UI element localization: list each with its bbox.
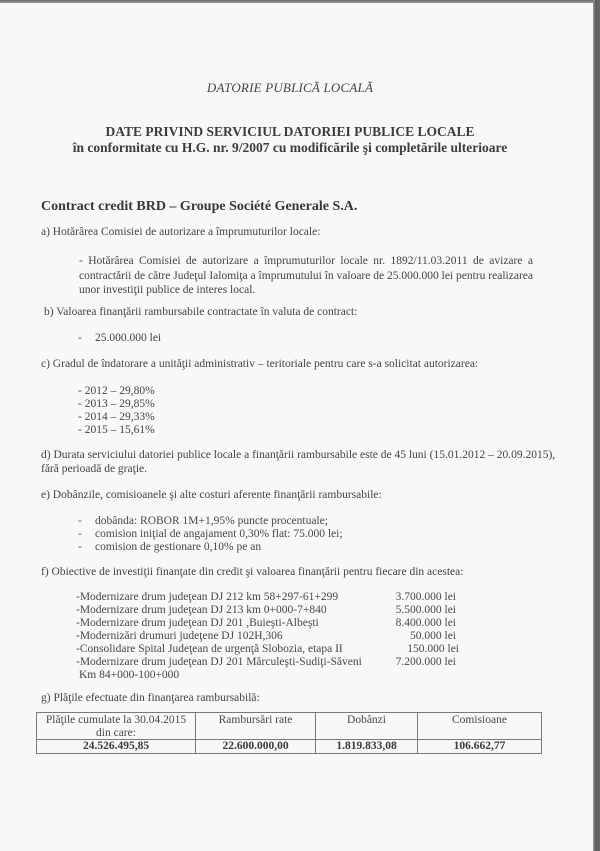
list-item: comision de gestionare 0,10% pe an <box>95 541 261 553</box>
section-a-label: a) Hotărârea Comisiei de autorizare a îm… <box>41 226 320 238</box>
dash-bullet: - <box>78 528 82 540</box>
investment-item-amount: 8.400.000 lei <box>396 617 456 629</box>
value-cumulative-payments: 24.526.495,85 <box>37 740 196 754</box>
list-item: - 2012 – 29,80% <box>78 385 155 397</box>
investment-item-name: -Modernizare drum judeţean DJ 201 Mărcul… <box>76 656 362 668</box>
dash-bullet: - <box>78 332 82 344</box>
table-header-row: Plăţile cumulate la 30.04.2015 din care:… <box>37 713 542 740</box>
document-title: DATORIE PUBLICĂ LOCALĂ <box>0 80 580 96</box>
contract-heading: Contract credit BRD – Groupe Société Gen… <box>41 199 357 215</box>
document-subtitle-line2: în conformitate cu H.G. nr. 9/2007 cu mo… <box>0 140 580 156</box>
investment-item-amount: 5.500.000 lei <box>396 604 456 616</box>
section-d-line1: d) Durata serviciului datoriei publice l… <box>41 449 555 461</box>
document-subtitle-line1: DATE PRIVIND SERVICIUL DATORIEI PUBLICE … <box>0 124 580 140</box>
list-item: comision iniţial de angajament 0,30% fla… <box>95 528 343 540</box>
list-item: dobânda: ROBOR 1M+1,95% puncte procentua… <box>95 515 328 527</box>
section-a-text: - Hotărârea Comisiei de autorizare a împ… <box>79 254 533 298</box>
section-d-line2: fără perioadă de graţie. <box>41 463 147 475</box>
header-principal-repayments: Rambursări rate <box>196 713 316 740</box>
investment-item-name: -Consolidare Spital Judeţean de urgenţă … <box>76 643 343 655</box>
investment-item-amount: 3.700.000 lei <box>396 591 456 603</box>
table-row: 24.526.495,85 22.600.000,00 1.819.833,08… <box>37 740 542 754</box>
section-e-label: e) Dobânzile, comisioanele şi alte costu… <box>41 489 382 501</box>
list-item: - 2013 – 29,85% <box>78 398 155 410</box>
section-b-label: b) Valoarea finanţării rambursabile cont… <box>44 306 357 318</box>
header-commissions: Comisioane <box>418 713 542 740</box>
investment-item-amount: 50.000 lei <box>410 630 456 642</box>
investment-item-name: -Modernizări drumuri judeţene DJ 102H,30… <box>76 630 283 642</box>
section-c-label: c) Gradul de îndatorare a unităţii admin… <box>41 358 478 370</box>
investment-item-continuation: Km 84+000-100+000 <box>79 669 179 681</box>
value-commissions: 106.662,77 <box>418 740 542 754</box>
investment-item-name: -Modernizare drum judeţean DJ 213 km 0+0… <box>76 604 327 616</box>
value-principal-repayments: 22.600.000,00 <box>196 740 316 754</box>
section-b-value: 25.000.000 lei <box>95 332 161 344</box>
header-interest: Dobânzi <box>316 713 418 740</box>
scan-edge-top <box>0 0 600 3</box>
dash-bullet: - <box>78 541 82 553</box>
value-interest: 1.819.833,08 <box>316 740 418 754</box>
list-item: - 2014 – 29,33% <box>78 411 155 423</box>
section-g-label: g) Plăţile efectuate din finanţarea ramb… <box>41 692 260 704</box>
section-f-label: f) Obiective de investiţii finanţate din… <box>41 566 463 578</box>
dash-bullet: - <box>78 515 82 527</box>
list-item: - 2015 – 15,61% <box>78 424 155 436</box>
investment-item-amount: 7.200.000 lei <box>396 656 456 668</box>
header-cumulative-payments: Plăţile cumulate la 30.04.2015 din care: <box>37 713 196 740</box>
investment-item-name: -Modernizare drum judeţean DJ 212 km 58+… <box>76 591 338 603</box>
investment-item-amount: 150.000 lei <box>407 643 459 655</box>
scan-edge-right <box>593 0 600 851</box>
payments-table: Plăţile cumulate la 30.04.2015 din care:… <box>36 712 542 754</box>
investment-item-name: -Modernizare drum judeţean DJ 201 ,Buieş… <box>76 617 319 629</box>
